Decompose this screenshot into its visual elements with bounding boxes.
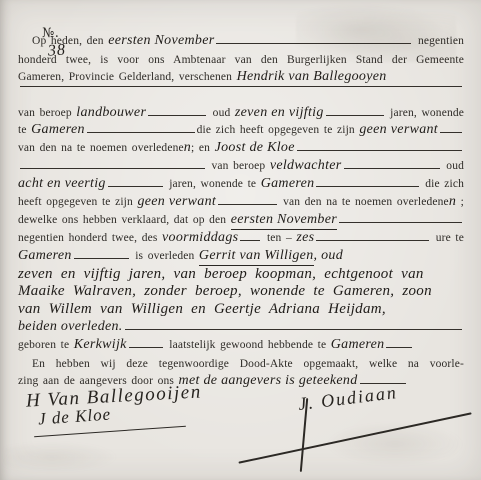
- printed-text: van den na te noemen overledene: [18, 140, 184, 158]
- handwritten-text: landbouwer: [76, 104, 146, 122]
- filler-rule: [108, 186, 163, 187]
- line-deceased-details-1: zeven en vijftig jaren, van beroep koopm…: [18, 265, 464, 283]
- printed-text: ;: [456, 194, 464, 212]
- handwritten-text: Gameren: [331, 336, 385, 354]
- filler-rule: [440, 132, 462, 133]
- printed-text: oud: [442, 158, 464, 176]
- handwritten-text: n: [449, 193, 456, 211]
- printed-text: ure te: [431, 230, 464, 248]
- line-declaration-date: dewelke ons hebben verklaard, dat op den…: [18, 211, 464, 229]
- filler-rule: [339, 222, 462, 223]
- filler-rule: [20, 86, 462, 87]
- handwritten-text: Gameren: [18, 247, 72, 265]
- filler-rule: [218, 204, 276, 205]
- handwritten-text: zeven en vijftig jaren, van beroep koopm…: [18, 266, 424, 282]
- handwritten-text: Joost de Kloe: [215, 139, 295, 157]
- line-birthplace: geboren te Kerkwijk laatstelijk gewoond …: [18, 336, 464, 354]
- printed-text: Op heden, den: [32, 33, 108, 51]
- act-number-value: 38: [47, 41, 66, 60]
- printed-text: negentien: [413, 33, 464, 51]
- printed-text: van beroep: [207, 158, 270, 176]
- handwritten-text: eersten November: [108, 32, 214, 50]
- printed-text: laatstelijk gewoond hebbende te: [165, 337, 331, 355]
- filler-rule: [316, 240, 429, 241]
- line-death-time: negentien honderd twee, des voormiddags …: [18, 229, 464, 247]
- death-certificate-scan: №. 38 Op heden, den eersten November neg…: [0, 0, 481, 480]
- line-rule-full: [18, 86, 464, 104]
- filler-rule: [344, 168, 440, 169]
- line-declarant1-residence: te Gamerendie zich heeft opgegeven te zi…: [18, 121, 464, 139]
- printed-text: honderd twee, is voor ons Ambtenaar van …: [18, 54, 464, 66]
- filler-rule: [129, 347, 163, 348]
- line-deceased-details-2: Maaike Walraven, zonder beroep, wonende …: [18, 282, 464, 300]
- printed-text: te: [18, 122, 31, 140]
- printed-text: heeft opgegeven te zijn: [18, 194, 137, 212]
- handwritten-text: zes: [296, 229, 314, 247]
- printed-text: geboren te: [18, 337, 74, 355]
- handwritten-text: met de aangevers is geteekend: [179, 372, 358, 390]
- filler-rule: [386, 347, 412, 348]
- printed-text: van beroep: [18, 105, 76, 123]
- line-declarant2-relation: heeft opgegeven te zijn geen verwant van…: [18, 193, 464, 211]
- handwritten-text: geen verwant: [359, 121, 438, 139]
- line-declarant2-occupation: van beroep veldwachter oud: [18, 157, 464, 175]
- filler-rule: [125, 329, 462, 330]
- printed-text: ten –: [262, 230, 296, 248]
- printed-text: negentien honderd twee, des: [18, 230, 162, 248]
- printed-text: van den na te noemen overledene: [279, 194, 449, 212]
- handwritten-text: Hendrik van Ballegooyen: [237, 68, 387, 86]
- filler-rule: [20, 168, 205, 169]
- filler-rule: [326, 115, 384, 116]
- line-declarant2-age: acht en veertig jaren, wonende te Gamere…: [18, 175, 464, 193]
- signature-declarant-2: J de Kloe: [37, 404, 111, 429]
- printed-text: oud: [208, 105, 235, 123]
- handwritten-text: beiden overleden.: [18, 318, 123, 336]
- line-municipality: Gameren, Provincie Gelderland, verschene…: [18, 68, 464, 86]
- printed-text: jaren, wonende: [386, 105, 464, 123]
- printed-text: dewelke ons hebben verklaard, dat op den: [18, 212, 231, 230]
- printed-text: die zich heeft opgegeven te zijn: [197, 122, 360, 140]
- line-parents-deceased: beiden overleden.: [18, 318, 464, 336]
- handwritten-text: voormiddags: [162, 229, 238, 247]
- handwritten-text: Gameren: [261, 175, 315, 193]
- printed-text: ; en: [191, 140, 215, 158]
- line-date-opening: Op heden, den eersten November negentien: [18, 32, 464, 50]
- act-number: №. 38: [18, 6, 464, 30]
- ink-bleed-through: [320, 420, 470, 468]
- handwritten-text: geen verwant: [137, 193, 216, 211]
- filler-rule: [74, 258, 129, 259]
- line-year: honderd twee, is voor ons Ambtenaar van …: [18, 50, 464, 68]
- handwritten-text: , oud: [314, 247, 344, 265]
- handwritten-text: Kerkwijk: [74, 336, 127, 354]
- ink-bleed-through: [4, 440, 124, 474]
- line-declarant1-details: van beroep landbouwer oud zeven en vijft…: [18, 104, 464, 122]
- filler-rule: [316, 186, 418, 187]
- document-body: Op heden, den eersten November negentien…: [18, 32, 464, 390]
- line-deceased-parents: van Willem van Willigen en Geertje Adria…: [18, 300, 464, 318]
- line-closing-1: En hebben wij deze tegenwoordige Dood-Ak…: [18, 354, 464, 372]
- printed-text: En hebben wij deze tegenwoordige Dood-Ak…: [32, 358, 464, 370]
- filler-rule: [240, 240, 260, 241]
- line-declarant1-relation: van den na te noemen overledenen; en Joo…: [18, 139, 464, 157]
- printed-text: Gameren, Provincie Gelderland, verschene…: [18, 69, 237, 87]
- handwritten-text: zeven en vijftig: [235, 104, 324, 122]
- handwritten-text: Gerrit van Willigen: [199, 247, 314, 266]
- filler-rule: [148, 115, 206, 116]
- handwritten-text: veldwachter: [270, 157, 342, 175]
- printed-text: is overleden: [131, 248, 199, 266]
- handwritten-text: n: [184, 139, 191, 157]
- filler-rule: [297, 150, 462, 151]
- printed-text: die zich: [421, 176, 464, 194]
- line-death-place: Gameren is overleden Gerrit van Willigen…: [18, 247, 464, 265]
- signature-diagonal-flourish: [238, 412, 471, 463]
- handwritten-text: Maaike Walraven, zonder beroep, wonende …: [18, 283, 432, 299]
- printed-text: jaren, wonende te: [165, 176, 261, 194]
- filler-rule: [87, 132, 195, 133]
- handwritten-text: Gameren: [31, 121, 85, 139]
- handwritten-text: acht en veertig: [18, 175, 106, 193]
- handwritten-text: eersten November: [231, 211, 337, 230]
- handwritten-text: van Willem van Willigen en Geertje Adria…: [18, 301, 386, 317]
- document-content: №. 38 Op heden, den eersten November neg…: [18, 6, 464, 390]
- filler-rule: [216, 43, 411, 44]
